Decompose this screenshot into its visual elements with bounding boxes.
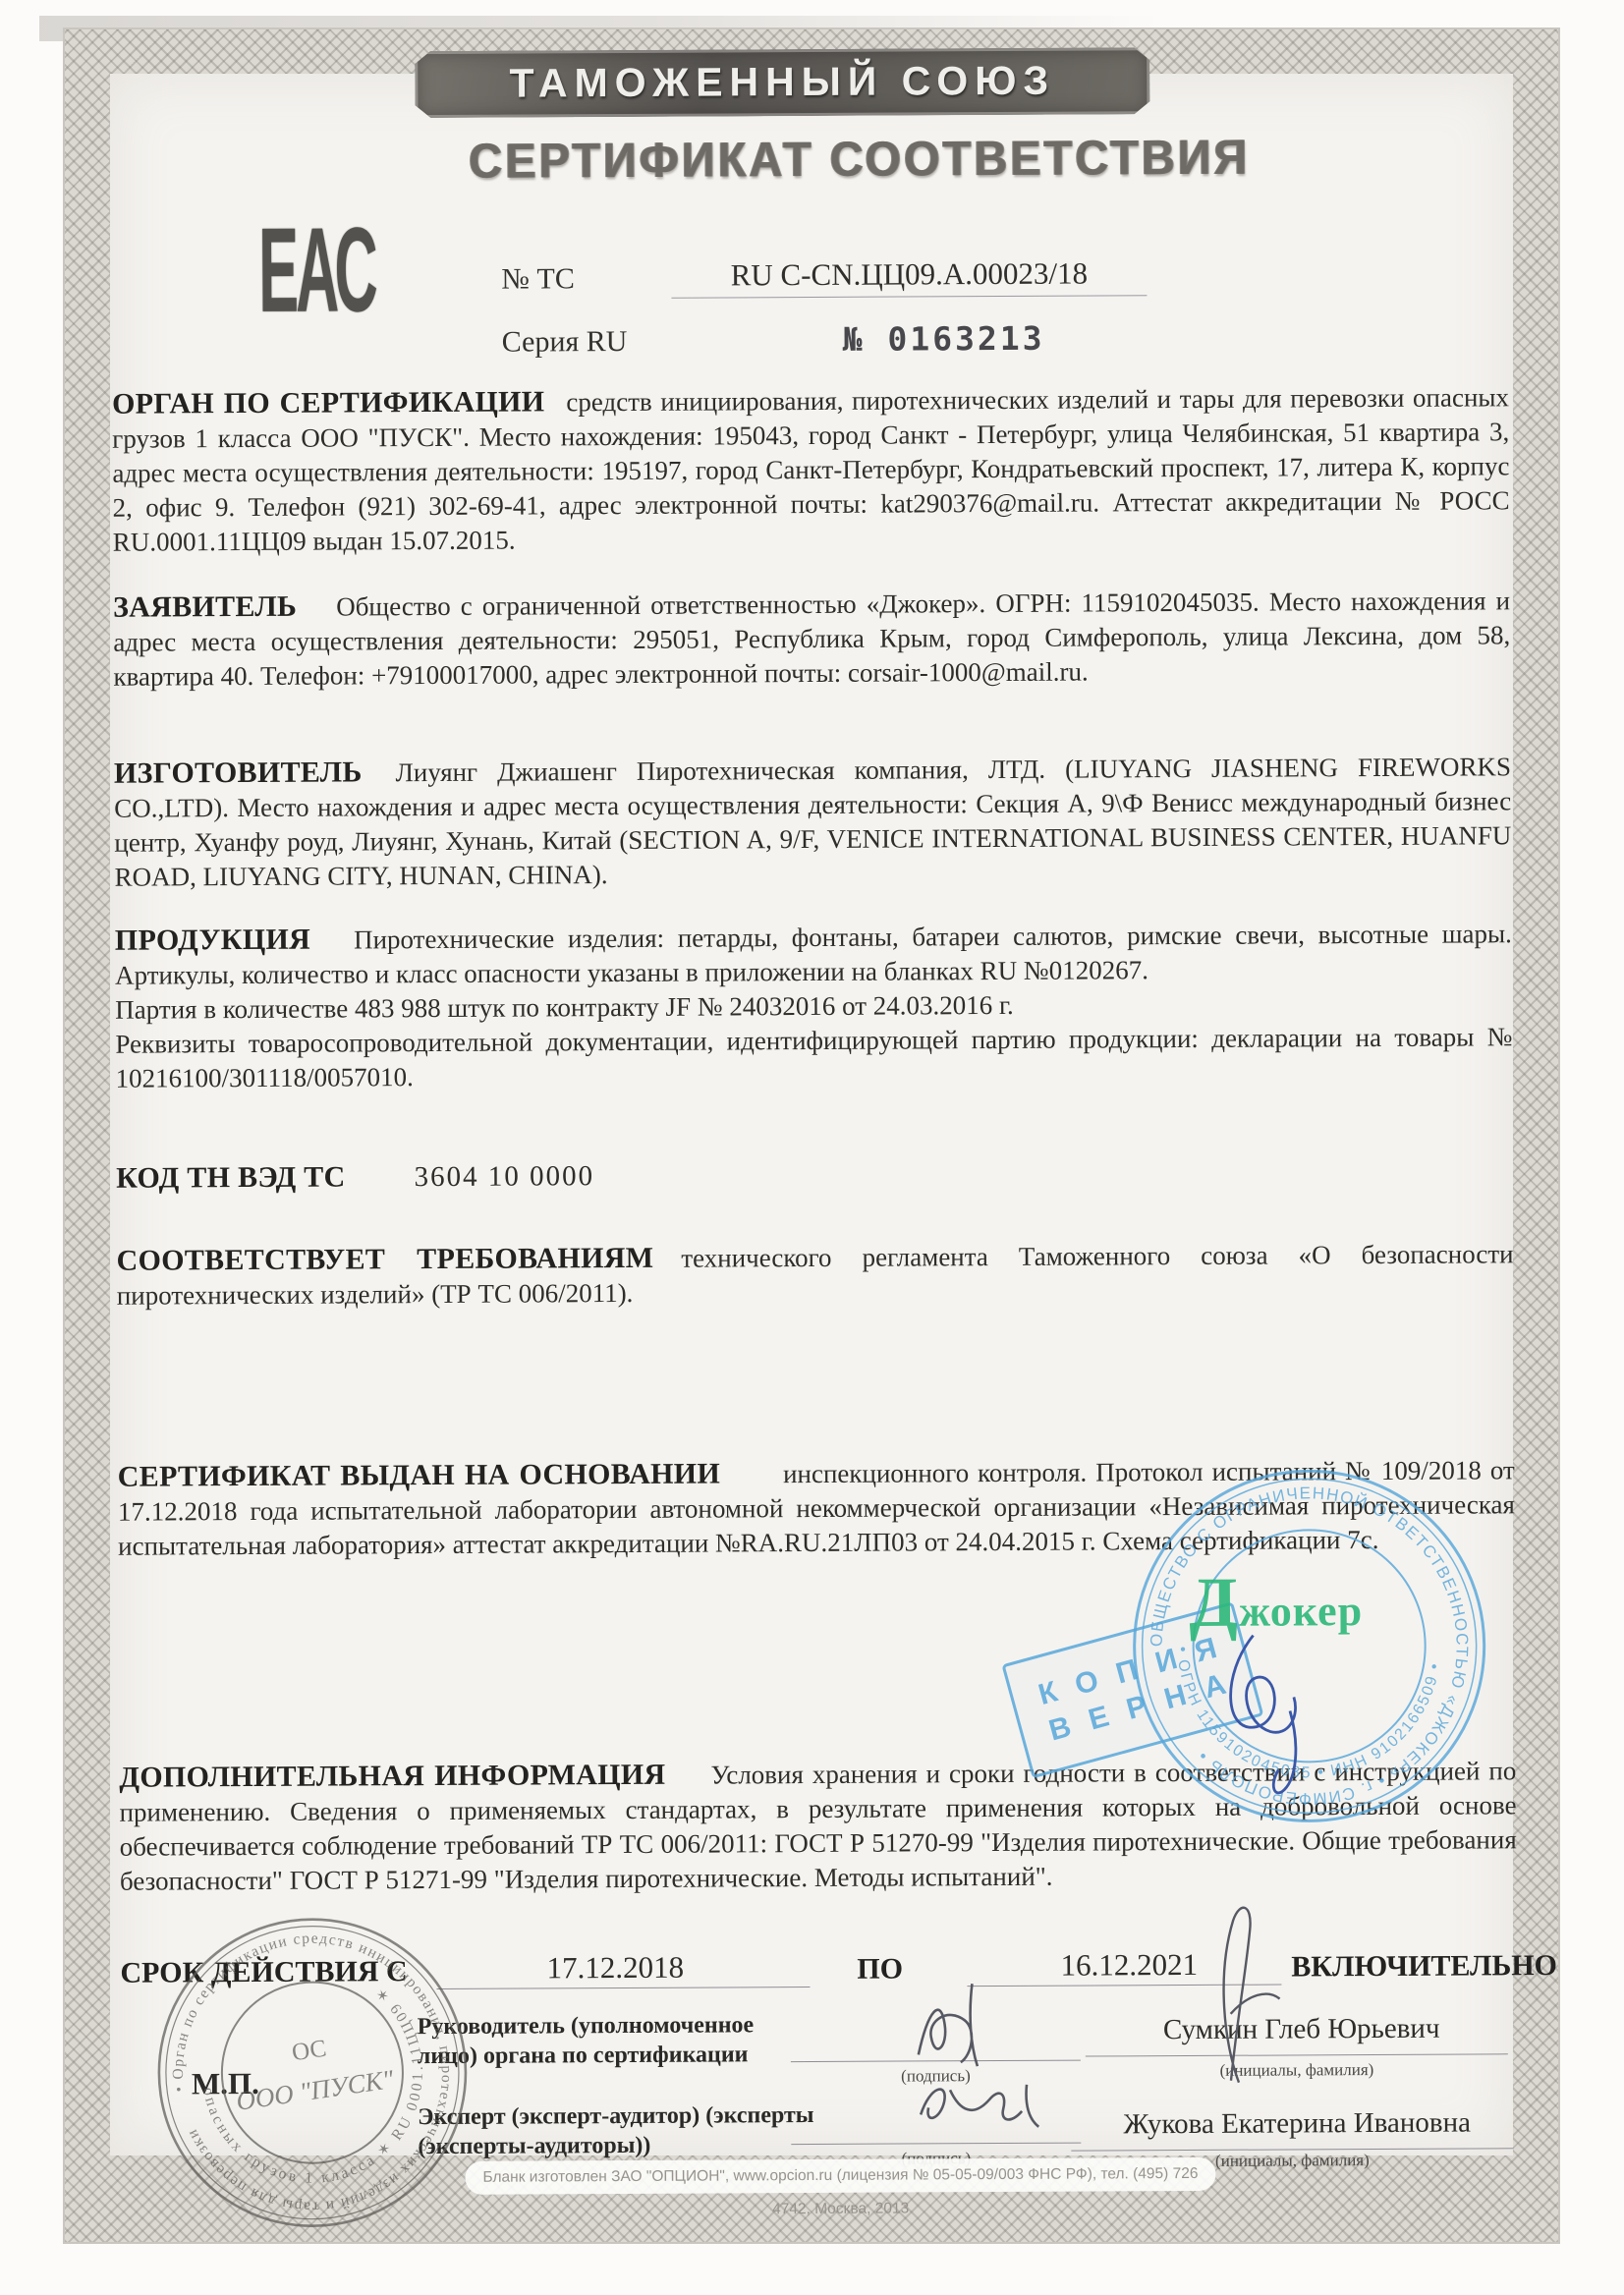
pen-flourish xyxy=(1179,1895,1288,2088)
section-text: Пиротехнические изделия: петарды, фонтан… xyxy=(115,919,1512,989)
section-text: Общество с ограниченной ответственностью… xyxy=(113,586,1510,691)
document-content: ТАМОЖЕННЫЙ СОЮЗ ЕАС СЕРТИФИКАТ СООТВЕТСТ… xyxy=(0,0,1624,2295)
validity-po-label: ПО xyxy=(857,1953,903,1987)
section-heading: ПРОДУКЦИЯ xyxy=(115,924,310,957)
blank-manufacturer-fine-print: Бланк изготовлен ЗАО "ОПЦИОН", www.opcio… xyxy=(465,2157,1215,2195)
section-manufacturer: ИЗГОТОВИТЕЛЬЛиуянг Джиашенг Пиротехничес… xyxy=(114,749,1512,894)
section-applicant: ЗАЯВИТЕЛЬОбщество с ограниченной ответст… xyxy=(113,583,1511,694)
stamp-center-company: ООО "ПУСК" xyxy=(234,2064,396,2116)
certificate-scan-page: ТАМОЖЕННЫЙ СОЮЗ ЕАС СЕРТИФИКАТ СООТВЕТСТ… xyxy=(0,0,1624,2295)
section-tnved-code: КОД ТН ВЭД ТС3604 10 0000 xyxy=(116,1153,1513,1196)
section-heading: СООТВЕТСТВУЕТ ТРЕБОВАНИЯМ xyxy=(117,1242,654,1277)
date-from-line xyxy=(436,1949,810,1989)
series-label: Серия RU xyxy=(502,325,628,360)
cert-number-label: № ТС xyxy=(501,262,575,296)
customs-union-banner: ТАМОЖЕННЫЙ СОЮЗ xyxy=(415,47,1149,118)
pusk-round-stamp: • Орган по сертификации средств иницииро… xyxy=(129,1889,496,2257)
section-complies-with: СООТВЕТСТВУЕТ ТРЕБОВАНИЯМтехнического ре… xyxy=(117,1236,1514,1313)
tnved-code-value: 3604 10 0000 xyxy=(414,1160,594,1193)
name-line xyxy=(1071,2110,1513,2151)
section-heading: ИЗГОТОВИТЕЛЬ xyxy=(114,756,363,789)
name-line xyxy=(1086,2016,1508,2056)
stamp-center-os: ОС xyxy=(290,2036,328,2067)
section-products: ПРОДУКЦИЯПиротехнические изделия: петард… xyxy=(115,916,1513,1095)
section-heading: СЕРТИФИКАТ ВЫДАН НА ОСНОВАНИИ xyxy=(118,1457,720,1492)
joker-signature-scribble xyxy=(1209,1620,1338,1818)
section-heading: ЗАЯВИТЕЛЬ xyxy=(113,590,297,624)
section-heading: ДОПОЛНИТЕЛЬНАЯ ИНФОРМАЦИЯ xyxy=(119,1759,665,1794)
eac-mark: ЕАС xyxy=(258,220,375,319)
cert-number-value: RU С-CN.ЦЦ09.А.00023/18 xyxy=(671,255,1147,299)
section-heading: КОД ТН ВЭД ТС xyxy=(116,1160,346,1194)
expert-signature-scribble xyxy=(909,2070,1076,2140)
certificate-title: СЕРТИФИКАТ СООТВЕТСТВИЯ xyxy=(457,128,1262,190)
section-certification-body: ОРГАН ПО СЕРТИФИКАЦИИсредств инициирован… xyxy=(112,379,1510,559)
series-number: № 0163213 xyxy=(843,319,1045,359)
name-caption: (инициалы, фамилия) xyxy=(1086,2059,1508,2081)
products-docs-line: Реквизиты товаросопроводительной докумен… xyxy=(115,1020,1512,1095)
head-signature-scribble xyxy=(903,1976,1041,2075)
validity-inclusive-label: ВКЛЮЧИТЕЛЬНО xyxy=(1291,1949,1557,1984)
section-heading: ОРГАН ПО СЕРТИФИКАЦИИ xyxy=(112,385,545,420)
